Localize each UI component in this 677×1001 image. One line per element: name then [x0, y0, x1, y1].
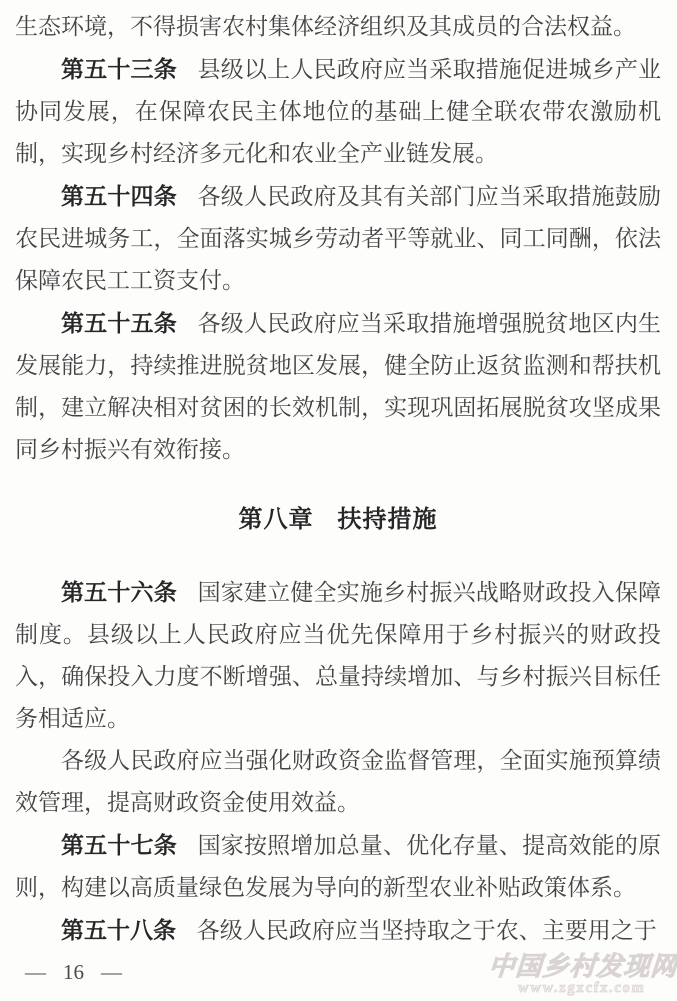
page-number: 16: [63, 960, 84, 985]
article-number: 第五十七条: [61, 832, 177, 858]
article-number: 第五十八条: [61, 917, 176, 943]
watermark-site-name: 中国乡村发现网: [488, 954, 677, 980]
article-paragraph: 第五十五条各级人民政府应当采取措施增强脱贫地区内生发展能力，持续推进脱贫地区发展…: [15, 302, 661, 471]
page-footer: — 16 —: [25, 960, 122, 985]
article-paragraph: 第五十三条县级以上人民政府应当采取措施促进城乡产业协同发展，在保障农民主体地位的…: [15, 48, 661, 175]
chapter-title: 扶持措施: [338, 506, 438, 533]
watermark-site-url: www.zgxcfx.com: [487, 980, 677, 996]
article-number: 第五十四条: [61, 183, 177, 209]
chapter-heading: 第八章扶持措施: [15, 499, 661, 541]
body-paragraph: 各级人民政府应当强化财政资金监督管理，全面实施预算绩效管理，提高财政资金使用效益…: [15, 740, 661, 824]
paragraph-text: 生态环境，不得损害农村集体经济组织及其成员的合法权益。: [15, 14, 636, 39]
article-paragraph: 第五十六条国家建立健全实施乡村振兴战略财政投入保障制度。县级以上人民政府应当优先…: [15, 571, 661, 740]
footer-dash-left: —: [25, 960, 46, 985]
watermark: 中国乡村发现网 www.zgxcfx.com: [487, 954, 677, 996]
article-number: 第五十五条: [61, 310, 177, 336]
article-paragraph: 第五十八条各级人民政府应当坚持取之于农、主要用之于: [15, 909, 661, 952]
body-paragraph: 生态环境，不得损害农村集体经济组织及其成员的合法权益。: [15, 6, 661, 48]
article-paragraph: 第五十七条国家按照增加总量、优化存量、提高效能的原则，构建以高质量绿色发展为导向…: [15, 824, 661, 909]
paragraph-text: 各级人民政府应当坚持取之于农、主要用之于: [197, 918, 657, 943]
chapter-number: 第八章: [239, 506, 314, 533]
article-number: 第五十三条: [61, 56, 177, 82]
document-body: 生态环境，不得损害农村集体经济组织及其成员的合法权益。第五十三条县级以上人民政府…: [15, 6, 661, 952]
document-page: 生态环境，不得损害农村集体经济组织及其成员的合法权益。第五十三条县级以上人民政府…: [0, 0, 677, 1001]
paragraph-text: 各级人民政府应当强化财政资金监督管理，全面实施预算绩效管理，提高财政资金使用效益…: [15, 748, 661, 815]
article-number: 第五十六条: [61, 579, 177, 605]
article-paragraph: 第五十四条各级人民政府及其有关部门应当采取措施鼓励农民进城务工，全面落实城乡劳动…: [15, 175, 661, 302]
footer-dash-right: —: [101, 960, 122, 985]
